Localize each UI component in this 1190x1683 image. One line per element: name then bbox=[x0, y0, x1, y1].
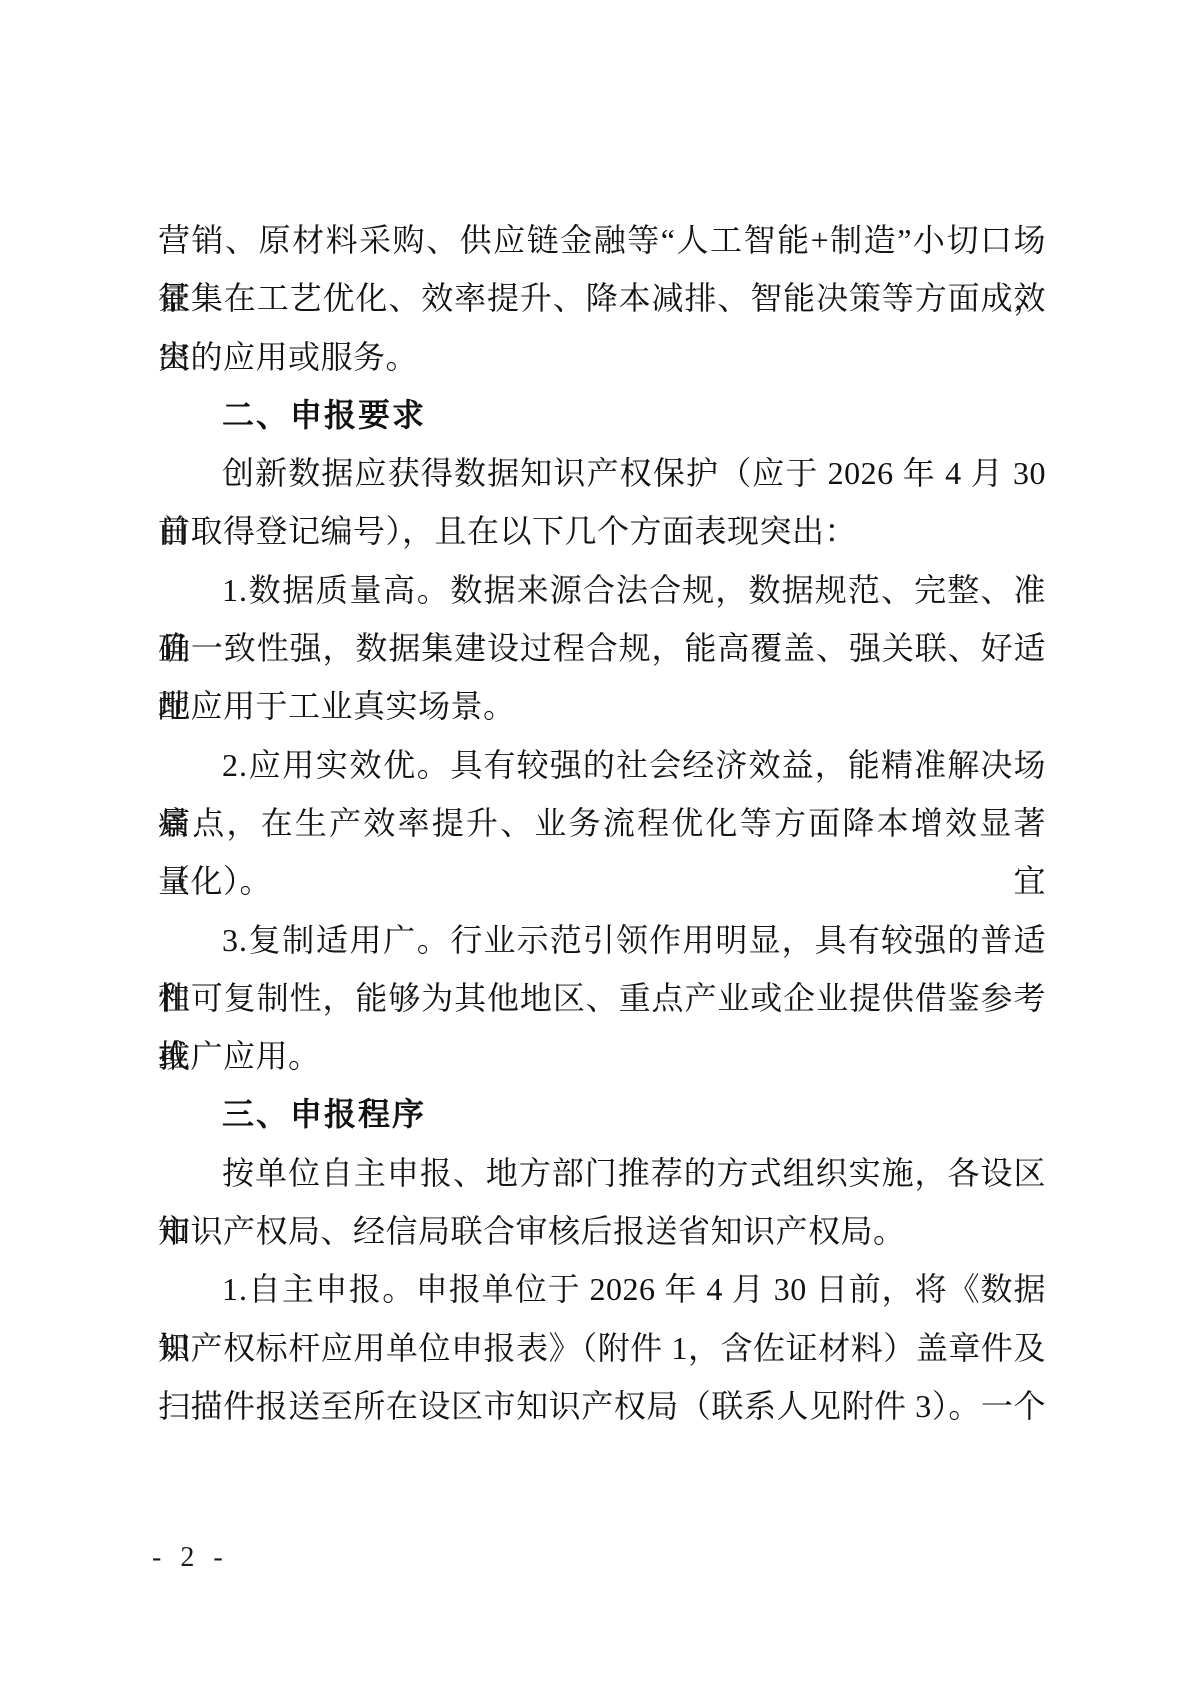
text-line: 和可复制性，能够为其他地区、重点产业或企业提供借鉴参考或 bbox=[158, 969, 1046, 1027]
page-number: - 2 - bbox=[152, 1542, 229, 1574]
text-line: 地应用于工业真实场景。 bbox=[158, 677, 1046, 735]
list-item-lead: 1.自主申报。 bbox=[222, 1271, 416, 1307]
text-line: 知识产权局、经信局联合审核后报送省知识产权局。 bbox=[158, 1202, 1046, 1260]
text-line: 出的应用或服务。 bbox=[158, 328, 1046, 386]
section-heading: 二、申报要求 bbox=[158, 386, 1046, 444]
list-item-lead: 1.数据质量高。 bbox=[222, 572, 450, 608]
text-line: 前取得登记编号），且在以下几个方面表现突出： bbox=[158, 502, 1046, 560]
text-line: 推广应用。 bbox=[158, 1027, 1046, 1085]
text-line: 1.自主申报。申报单位于 2026 年 4 月 30 日前，将《数据知 bbox=[158, 1260, 1046, 1318]
text-line: 征集在工艺优化、效率提升、降本减排、智能决策等方面成效突 bbox=[158, 269, 1046, 327]
text-line: 按单位自主申报、地方部门推荐的方式组织实施，各设区市 bbox=[158, 1144, 1046, 1202]
section-heading: 三、申报程序 bbox=[158, 1085, 1046, 1143]
list-item-lead: 3.复制适用广。 bbox=[222, 922, 450, 958]
text-line: 且一致性强，数据集建设过程合规，能高覆盖、强关联、好适配 bbox=[158, 619, 1046, 677]
text-line: 痛点，在生产效率提升、业务流程优化等方面降本增效显著（宜 bbox=[158, 794, 1046, 852]
document-body: 营销、原材料采购、供应链金融等“人工智能+制造”小切口场景，征集在工艺优化、效率… bbox=[158, 211, 1046, 1435]
text-line: 3.复制适用广。行业示范引领作用明显，具有较强的普适性 bbox=[158, 911, 1046, 969]
text-line: 2.应用实效优。具有较强的社会经济效益，能精准解决场景 bbox=[158, 736, 1046, 794]
text-line: 扫描件报送至所在设区市知识产权局（联系人见附件 3）。一个 bbox=[158, 1377, 1046, 1435]
list-item-lead: 2.应用实效优。 bbox=[222, 747, 450, 783]
document-page: 营销、原材料采购、供应链金融等“人工智能+制造”小切口场景，征集在工艺优化、效率… bbox=[0, 0, 1190, 1683]
text-line: 1.数据质量高。数据来源合法合规，数据规范、完整、准确 bbox=[158, 561, 1046, 619]
text-line: 识产权标杆应用单位申报表》（附件 1，含佐证材料）盖章件及 bbox=[158, 1319, 1046, 1377]
text-line: 营销、原材料采购、供应链金融等“人工智能+制造”小切口场景， bbox=[158, 211, 1046, 269]
text-line: 创新数据应获得数据知识产权保护（应于 2026 年 4 月 30 日 bbox=[158, 444, 1046, 502]
